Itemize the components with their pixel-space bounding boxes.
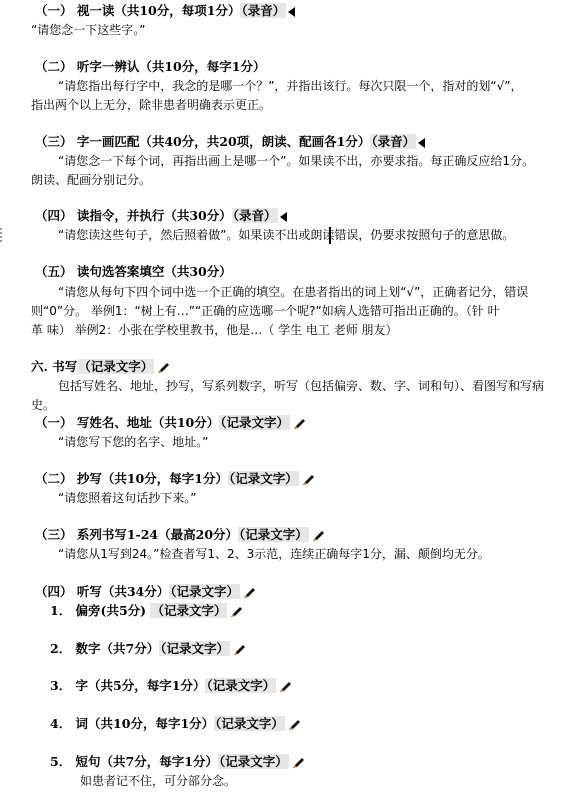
pen-icon[interactable] — [293, 418, 306, 430]
item-label: 4． 词（共10分，每字1分） — [50, 716, 214, 731]
section-2-text-2: 指出两个以上无分，除非患者明确表示更正。 — [31, 97, 271, 113]
pen-icon[interactable] — [288, 719, 301, 731]
dictation-item-2: 2． 数字（共7分）（记录文字） — [50, 641, 246, 657]
section-3-heading: （三） 字一画匹配（共40分，共20项，朗读、配画各1分）（录音） — [35, 134, 425, 150]
record-text-field[interactable]: （记录文字） — [214, 716, 285, 731]
dictation-note: 如患者记不住，可分部分念。 — [80, 773, 236, 789]
section-1-text: “请您念一下这些字。” — [31, 22, 145, 38]
dictation-item-1: 1． 偏旁(共5分) （记录文字） — [50, 603, 243, 619]
speaker-icon[interactable] — [418, 138, 425, 148]
speaker-icon[interactable] — [280, 212, 287, 222]
dictation-item-5: 5． 短句（共7分，每字1分）（记录文字） — [50, 754, 305, 770]
pen-icon[interactable] — [279, 681, 292, 693]
section-3-text-2: 朗读、配画分别记分。 — [31, 172, 151, 188]
heading-text: 六. 书写 — [31, 359, 77, 374]
section-6-text-1: 包括写姓名、地址，抄写，写系列数字，听写（包括偏旁、数、字、词和句）、看图写和写… — [58, 378, 544, 394]
heading-text: （二） 抄写（共10分，每字1分） — [35, 471, 228, 486]
text-cursor — [329, 227, 331, 244]
item-label: 3． 字（共5分，每字1分） — [50, 678, 205, 693]
heading-text: （一） 写姓名、地址（共10分） — [35, 415, 219, 430]
heading-text: （三） 字一画匹配（共40分，共20项，朗读、配画各1分） — [35, 134, 370, 149]
pen-icon[interactable] — [233, 644, 246, 656]
section-5-text-1: “请您从每句下四个词中选一个正确的填空。在患者指出的词上划“√”，正确者记分，错… — [58, 284, 528, 300]
record-text-field[interactable]: （记录文字） — [205, 678, 276, 693]
heading-text: （一） 视一读（共10分，每项1分） — [35, 3, 240, 18]
section-6-1-heading: （一） 写姓名、地址（共10分）（记录文字） — [35, 415, 306, 431]
section-6-2-text: “请您照着这句话抄下来。” — [58, 490, 196, 506]
section-6-1-text: “请您写下您的名字、地址。” — [58, 434, 208, 450]
section-6-2-heading: （二） 抄写（共10分，每字1分）（记录文字） — [35, 471, 315, 487]
record-text-field[interactable]: （记录文字） — [218, 754, 289, 769]
section-4-heading: （四） 读指令，并执行（共30分）（录音） — [35, 208, 287, 224]
heading-text: （三） 系列书写1-24（最高20分） — [35, 527, 238, 542]
section-2-text-1: “请您指出每行字中，我念的是哪一个？”，并指出该行。每次只限一个，指对的划“√”… — [58, 78, 523, 94]
item-label: 1． 偏旁(共5分) — [50, 603, 150, 618]
record-text-field[interactable]: （记录文字） — [169, 584, 240, 599]
dictation-item-4: 4． 词（共10分，每字1分）（记录文字） — [50, 716, 301, 732]
pen-icon[interactable] — [302, 474, 315, 486]
section-1-heading: （一） 视一读（共10分，每项1分）（录音） — [35, 3, 295, 19]
section-2-heading: （二） 听字一辨认（共10分，每字1分） — [35, 59, 265, 75]
section-5-text-3: 革 味） 举例2：小张在学校里教书，他是…（ 学生 电工 老师 朋友） — [31, 322, 398, 338]
heading-text: （四） 听写（共34分） — [35, 584, 169, 599]
record-text-field[interactable]: （记录文字） — [77, 359, 154, 374]
dictation-item-3: 3． 字（共5分，每字1分）（记录文字） — [50, 678, 292, 694]
record-text-field[interactable]: （记录文字） — [150, 603, 227, 618]
record-text-field[interactable]: （记录文字） — [219, 415, 290, 430]
pen-icon[interactable] — [230, 606, 243, 618]
speaker-icon[interactable] — [288, 7, 295, 17]
pen-icon[interactable] — [243, 587, 256, 599]
pen-icon[interactable] — [157, 362, 170, 374]
section-6-heading: 六. 书写（记录文字） — [31, 359, 170, 375]
section-6-3-text: “请您从1写到24。”检查者写1、2、3示范，连续正确每字1分，漏、颠倒均无分。 — [58, 546, 490, 562]
section-6-3-heading: （三） 系列书写1-24（最高20分）（记录文字） — [35, 527, 325, 543]
record-audio-field[interactable]: （录音） — [240, 3, 286, 18]
section-4-text: “请您读这些句子，然后照着做”。如果读不出或朗读错误，仍要求按照句子的意思做。 — [58, 227, 514, 243]
record-audio-field[interactable]: （录音） — [370, 134, 416, 149]
record-text-field[interactable]: （记录文字） — [159, 641, 230, 656]
margin-marker — [0, 228, 4, 242]
record-text-field[interactable]: （记录文字） — [228, 471, 299, 486]
section-3-text-1: “请您念一下每个词，再指出画上是哪一个”。如果读不出，亦要求指。每正确反应给1分… — [58, 153, 534, 169]
heading-text: （四） 读指令，并执行（共30分） — [35, 208, 232, 223]
section-5-text-2: 则“0”分。 举例1：“树上有…”“正确的应选哪一个呢?”如病人选错可指出正确的… — [31, 303, 500, 319]
item-label: 2． 数字（共7分） — [50, 641, 159, 656]
item-label: 5． 短句（共7分，每字1分） — [50, 754, 218, 769]
section-6-text-2: 史。 — [31, 397, 55, 413]
record-text-field[interactable]: （记录文字） — [238, 527, 309, 542]
section-5-heading: （五） 读句选答案填空（共30分） — [35, 264, 232, 280]
record-audio-field[interactable]: （录音） — [232, 208, 278, 223]
pen-icon[interactable] — [292, 757, 305, 769]
pen-icon[interactable] — [312, 530, 325, 542]
section-6-4-heading: （四） 听写（共34分）（记录文字） — [35, 584, 256, 600]
